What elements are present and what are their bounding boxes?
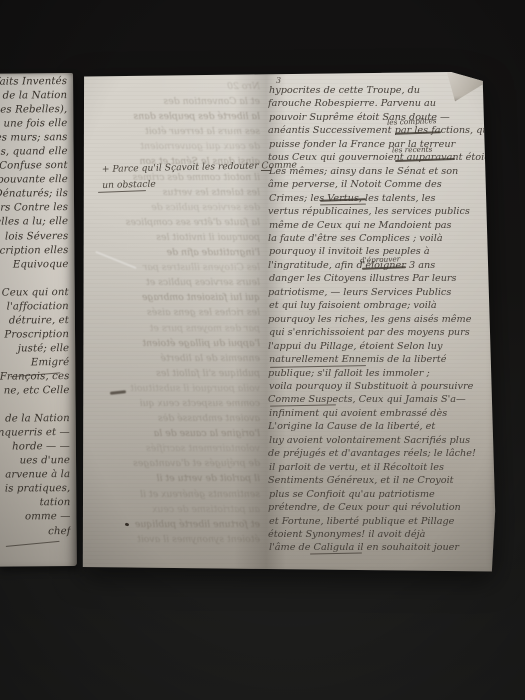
handwriting-line: arvenue à la xyxy=(0,468,70,483)
handwriting-line: de la Nation xyxy=(0,412,70,427)
bleedthrough-line: sentiments généreux et il xyxy=(88,487,260,502)
handwriting-line: Equivoque xyxy=(0,258,69,273)
bleedthrough-line: volontairement sacrifiés xyxy=(88,441,260,456)
bleedthrough-line: par des moyens purs et xyxy=(88,321,260,336)
handwriting-line: étoient Synonymes! il avoit déjà xyxy=(268,528,486,541)
handwriting-line: ne, etc Celle xyxy=(0,384,70,399)
handwriting-line: naturellement Ennemis de la liberté xyxy=(269,353,486,366)
handwriting-line: Confuse sont xyxy=(0,159,68,174)
handwriting-line: pouvante elle xyxy=(0,173,68,188)
bleedthrough-line: la faute d'être ses complices xyxy=(88,215,260,230)
handwriting-line: et qui luy faisoient ombrage; voilà xyxy=(269,299,486,312)
marginal-annotation: + Parce qu'il Sçavoit les redouter Comme… xyxy=(102,156,363,193)
bleedthrough-line: qui lui faisoient ombrage xyxy=(88,290,260,305)
handwriting-line: faits Inventés xyxy=(0,75,67,90)
handwriting-line: prétendre, de Ceux pour qui révolution xyxy=(268,501,486,514)
handwriting-line: ues d'une xyxy=(0,454,70,469)
bleedthrough-line: pourquoi il invitoit les xyxy=(88,230,260,245)
handwriting-line xyxy=(0,272,69,287)
bleedthrough-line: et la Convention des xyxy=(88,94,260,109)
manuscript-photo: faits Inventésde la Nationles Rebelles),… xyxy=(0,0,525,700)
handwriting-line: Proscription xyxy=(0,328,69,343)
handwriting-line: luy avoient volontairement Sacrifiés plu… xyxy=(269,434,486,447)
interlinear-insertion: les récents xyxy=(392,145,432,155)
handwriting-line: rs Contre les xyxy=(0,201,68,216)
manuscript-page: Nro 20et la Convention desla liberté des… xyxy=(82,71,496,574)
handwriting-line: voila pourquoy il Substituoit à poursuiv… xyxy=(269,380,486,393)
handwriting-line xyxy=(0,398,70,413)
handwriting-line: onquerris et — xyxy=(0,426,70,441)
handwriting-line: horde — — xyxy=(0,440,70,455)
handwriting-line: elles a lu; elle xyxy=(0,216,68,231)
bleedthrough-text: Nro 20et la Convention desla liberté des… xyxy=(88,79,260,564)
handwriting-line: détruire, et xyxy=(0,314,69,329)
bleedthrough-line: étoient synonymes il avoit xyxy=(88,532,260,547)
bleedthrough-line: et fortune liberté publique xyxy=(88,517,260,532)
bleedthrough-line: ses murs la terreur étoit xyxy=(88,124,260,139)
handwriting-line: une fois elle xyxy=(0,117,67,132)
handwriting-line: patriotisme, — leurs Services Publics xyxy=(268,286,486,299)
page-number: 3 xyxy=(276,76,281,85)
bleedthrough-line: au patriotisme de ceux xyxy=(88,502,260,517)
handwriting-line: ses murs; sans xyxy=(0,131,68,146)
handwriting-line: farouche Robespierre. Parvenu au xyxy=(268,97,486,110)
handwriting-line: infiniment qui avoient embrassé dès xyxy=(269,407,486,420)
handwriting-line: publique; s'il falloit les immoler ; xyxy=(268,367,486,380)
handwriting-line: lois Séveres xyxy=(0,230,68,245)
left-page-handwriting: faits Inventésde la Nationles Rebelles),… xyxy=(0,75,71,567)
handwriting-line: chef xyxy=(0,525,71,540)
handwriting-line: de la Nation xyxy=(0,89,67,104)
handwriting-line: vertus républicaines, les services publi… xyxy=(268,205,486,218)
interlinear-insertion: les complices xyxy=(387,116,437,127)
bleedthrough-line: de préjugés et d'avantages xyxy=(88,456,260,471)
handwriting-line: l'âme de Caligula il en souhaitoit jouer xyxy=(269,541,486,554)
handwriting-line: Crimes; les Vertus, les talents, les xyxy=(269,192,486,205)
interlinear-insertion: d'éprouver xyxy=(360,254,400,264)
handwriting-line: l'appui du Pillage, étoient Selon luy xyxy=(268,340,486,353)
handwriting-line: tation xyxy=(0,496,70,511)
handwriting-line: les Rebelles), xyxy=(0,103,67,118)
bleedthrough-line: la liberté des peuples dans xyxy=(88,109,260,124)
margin-dash-mark xyxy=(261,170,271,171)
handwriting-line: puisse fonder la France par la terreur xyxy=(269,138,486,151)
handwriting-line: Sentiments Généreux, et il ne Croyoit xyxy=(268,474,486,487)
handwriting-line: et Fortune, liberté publique et Pillage xyxy=(269,515,486,528)
handwriting-line: cription elles xyxy=(0,244,68,259)
left-page-fragment: faits Inventésde la Nationles Rebelles),… xyxy=(0,73,77,567)
handwriting-line: de préjugés et d'avantages réels; le lâc… xyxy=(268,447,486,460)
handwriting-line: même de Ceux qui ne Mandoient pas xyxy=(269,219,486,232)
handwriting-line: Ceux qui ont xyxy=(0,286,69,301)
handwriting-line: pourquoy les riches, les gens aisés même xyxy=(268,313,486,326)
handwriting-line: la faute d'être ses Complices ; voilà xyxy=(268,232,486,245)
bleedthrough-line: il parloit de vertu et il xyxy=(88,471,260,486)
handwriting-line: plus se Confioit qu'au patriotisme xyxy=(269,488,486,501)
bleedthrough-line: Nro 20 xyxy=(88,79,260,94)
bleedthrough-line: de ceux qui gouvernoient xyxy=(88,139,260,154)
handwriting-line: qui s'enrichissoient par des moyens purs xyxy=(269,326,486,339)
handwriting-line: il parloit de vertu, et il Récoltoit les xyxy=(269,461,486,474)
handwriting-line: anéantis Successivement par les factions… xyxy=(268,124,486,137)
bleedthrough-line: ennemis de la liberté xyxy=(88,351,260,366)
handwriting-line: justé; elle xyxy=(0,342,69,357)
bleedthrough-line: comme suspects ceux qui xyxy=(88,396,260,411)
handwriting-line: danger les Citoyens illustres Par leurs xyxy=(269,272,486,285)
handwriting-line: Dénaturés; ils xyxy=(0,187,68,202)
bleedthrough-line: publique s'il falloit les xyxy=(88,366,260,381)
bleedthrough-line: leurs services publics et xyxy=(88,275,260,290)
bleedthrough-line: l'appui du pillage étoient xyxy=(88,336,260,351)
handwriting-line: Emigré xyxy=(0,356,69,371)
bleedthrough-line: l'origine la cause de la xyxy=(88,426,260,441)
bleedthrough-line: les Citoyens illustres par xyxy=(88,260,260,275)
handwriting-line: is pratiques, xyxy=(0,482,70,497)
handwriting-line: és, quand elle xyxy=(0,145,68,160)
handwriting-line: L'origine la Cause de la liberté, et xyxy=(268,420,486,433)
bleedthrough-line: les riches les gens aisés xyxy=(88,305,260,320)
bleedthrough-line: des services publics de xyxy=(88,200,260,215)
handwriting-line: pouvoir Suprême étoit Sans doute — xyxy=(269,111,486,124)
handwriting-line: omme — xyxy=(0,510,71,525)
handwriting-line: l'affociation xyxy=(0,300,69,315)
bleedthrough-line: avoient embrassé dès xyxy=(88,411,260,426)
